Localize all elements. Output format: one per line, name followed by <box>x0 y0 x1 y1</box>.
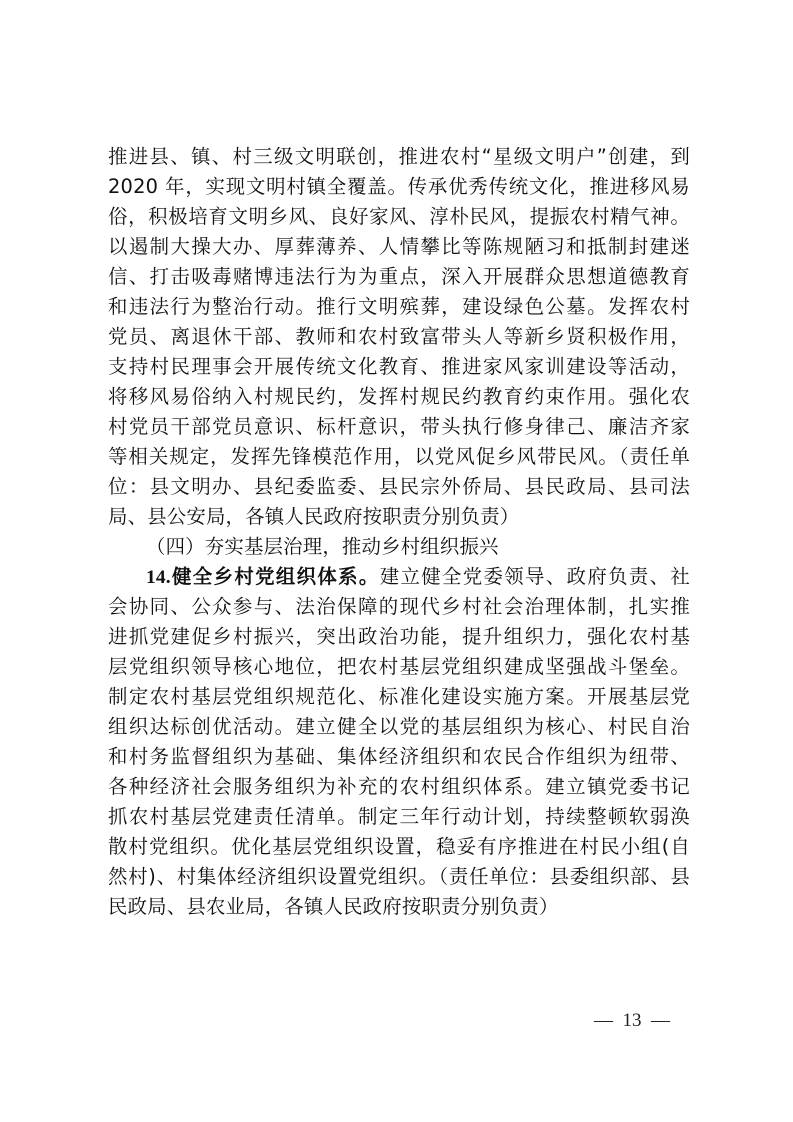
body-text-line: 民政局、县农业局，各镇人民政府按职责分别负责） <box>108 892 690 922</box>
body-text-line: 推进县、镇、村三级文明联创，推进农村“星级文明户”创建，到 <box>108 142 690 172</box>
body-text-line: 等相关规定，发挥先锋模范作用，以党风促乡风带民风。（责任单 <box>108 442 690 472</box>
document-page: 推进县、镇、村三级文明联创，推进农村“星级文明户”创建，到 2020 年，实现文… <box>0 0 793 1122</box>
item-number: 14. <box>146 567 171 588</box>
item-14-first-line: 14.健全乡村党组织体系。建立健全党委领导、政府负责、社 <box>146 562 690 592</box>
body-text-line: 制定农村基层党组织规范化、标准化建设实施方案。开展基层党 <box>108 682 690 712</box>
body-text-line: 以遏制大操大办、厚葬薄养、人情攀比等陈规陋习和抵制封建迷 <box>108 232 690 262</box>
body-text-line: 村党员干部党员意识、标杆意识，带头执行修身律己、廉洁齐家 <box>108 412 690 442</box>
body-text-line: 2020 年，实现文明村镇全覆盖。传承优秀传统文化，推进移风易 <box>108 172 690 202</box>
body-text-line: 位：县文明办、县纪委监委、县民宗外侨局、县民政局、县司法 <box>108 472 690 502</box>
body-text-line: 会协同、公众参与、法治保障的现代乡村社会治理体制，扎实推 <box>108 592 690 622</box>
body-text-line: 党员、离退休干部、教师和农村致富带头人等新乡贤积极作用， <box>108 322 690 352</box>
page-number: — 13 — <box>594 1010 670 1032</box>
body-text-line: 各种经济社会服务组织为补充的农村组织体系。建立镇党委书记 <box>108 772 690 802</box>
item-first-line-text: 建立健全党委领导、政府负责、社 <box>380 565 690 588</box>
body-text-line: 俗，积极培育文明乡风、良好家风、淳朴民风，提振农村精气神。 <box>108 202 690 232</box>
body-text-line: 散村党组织。优化基层党组织设置，稳妥有序推进在村民小组(自 <box>108 832 690 862</box>
body-text-line: 进抓党建促乡村振兴，突出政治功能，提升组织力，强化农村基 <box>108 622 690 652</box>
section-heading: （四）夯实基层治理，推动乡村组织振兴 <box>146 532 690 562</box>
body-text-line: 信、打击吸毒赌博违法行为为重点，深入开展群众思想道德教育 <box>108 262 690 292</box>
body-text-line: 层党组织领导核心地位，把农村基层党组织建成坚强战斗堡垒。 <box>108 652 690 682</box>
body-text-line: 和违法行为整治行动。推行文明殡葬，建设绿色公墓。发挥农村 <box>108 292 690 322</box>
body-text-line: 将移风易俗纳入村规民约，发挥村规民约教育约束作用。强化农 <box>108 382 690 412</box>
body-text-line: 支持村民理事会开展传统文化教育、推进家风家训建设等活动， <box>108 352 690 382</box>
body-text-line: 抓农村基层党建责任清单。制定三年行动计划，持续整顿软弱涣 <box>108 802 690 832</box>
body-text-line: 然村)、村集体经济组织设置党组织。（责任单位：县委组织部、县 <box>108 862 690 892</box>
body-text-line: 和村务监督组织为基础、集体经济组织和农民合作组织为纽带、 <box>108 742 690 772</box>
body-text-line: 局、县公安局，各镇人民政府按职责分别负责） <box>108 502 690 532</box>
item-title: 健全乡村党组织体系。 <box>171 565 380 588</box>
body-text-line: 组织达标创优活动。建立健全以党的基层组织为核心、村民自治 <box>108 712 690 742</box>
